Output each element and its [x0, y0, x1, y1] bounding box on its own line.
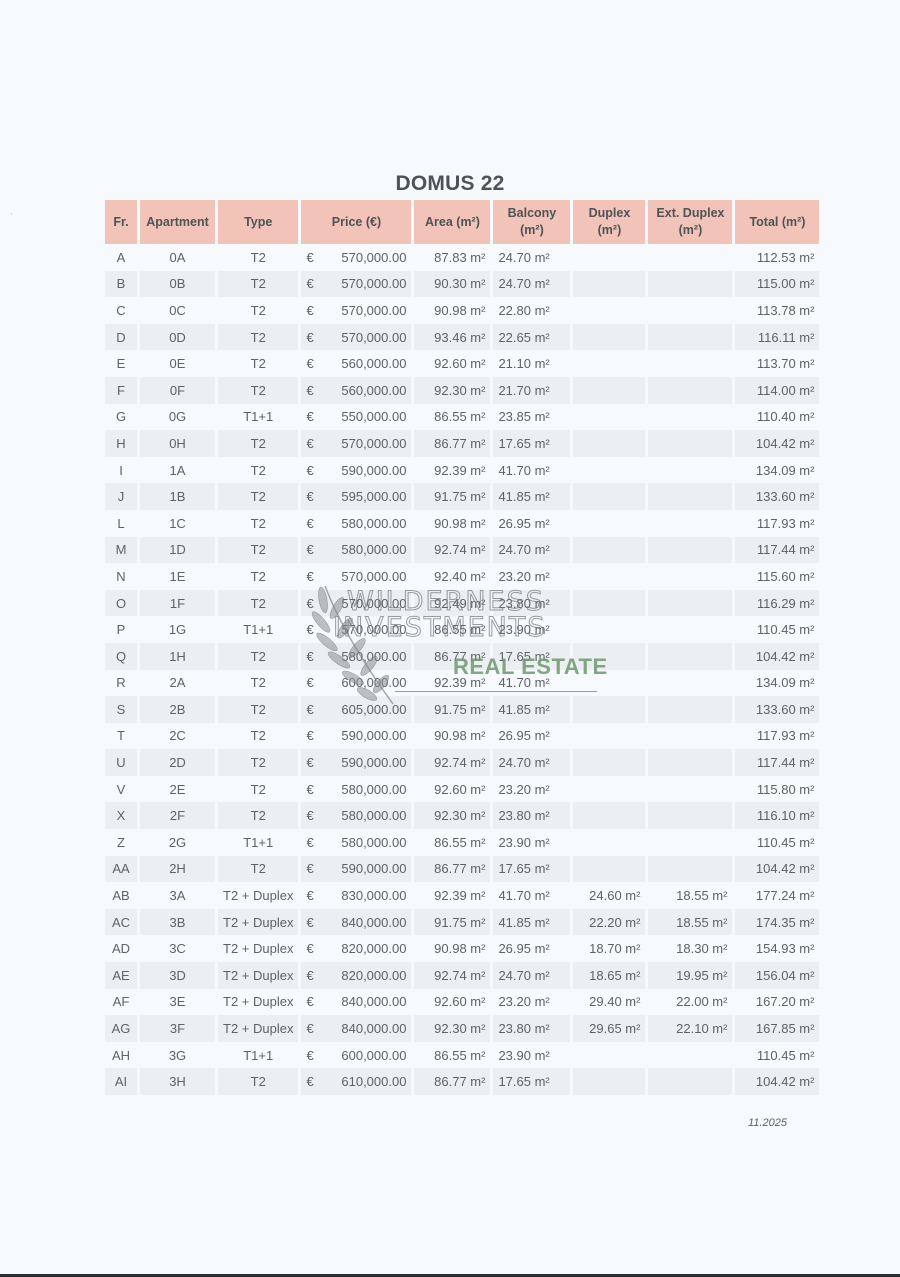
cell-fr: AF: [105, 989, 137, 1016]
cell-apartment: 0A: [140, 244, 215, 271]
cell-type: T2: [218, 297, 298, 324]
cell-ext-duplex: 18.55 m²: [648, 909, 732, 936]
table-row: AC3BT2 + Duplex€840,000.0091.75 m²41.85 …: [105, 909, 819, 936]
cell-total: 117.44 m²: [735, 749, 819, 776]
cell-duplex: 18.65 m²: [573, 962, 645, 989]
cell-price: €570,000.00: [301, 297, 411, 324]
cell-ext-duplex: [648, 829, 732, 856]
cell-price: €580,000.00: [301, 643, 411, 670]
cell-type: T2: [218, 723, 298, 750]
cell-fr: J: [105, 483, 137, 510]
price-wrap: €580,000.00: [306, 542, 406, 557]
price-value: 570,000.00: [341, 250, 406, 265]
euro-symbol: €: [306, 356, 313, 371]
cell-apartment: 0G: [140, 404, 215, 431]
price-value: 840,000.00: [341, 1021, 406, 1036]
cell-type: T2: [218, 802, 298, 829]
cell-price: €820,000.00: [301, 935, 411, 962]
euro-symbol: €: [306, 1074, 313, 1089]
cell-apartment: 3B: [140, 909, 215, 936]
cell-fr: AE: [105, 962, 137, 989]
price-wrap: €820,000.00: [306, 941, 406, 956]
cell-area: 92.60 m²: [414, 350, 490, 377]
price-value: 840,000.00: [341, 994, 406, 1009]
cell-area: 86.55 m²: [414, 404, 490, 431]
cell-duplex: [573, 537, 645, 564]
price-wrap: €830,000.00: [306, 888, 406, 903]
cell-price: €590,000.00: [301, 749, 411, 776]
cell-price: €580,000.00: [301, 776, 411, 803]
cell-type: T2: [218, 271, 298, 298]
cell-apartment: 1B: [140, 483, 215, 510]
cell-price: €610,000.00: [301, 1068, 411, 1095]
cell-area: 87.83 m²: [414, 244, 490, 271]
cell-price: €820,000.00: [301, 962, 411, 989]
cell-area: 92.30 m²: [414, 377, 490, 404]
price-wrap: €560,000.00: [306, 383, 406, 398]
cell-fr: D: [105, 324, 137, 351]
cell-fr: X: [105, 802, 137, 829]
euro-symbol: €: [306, 675, 313, 690]
cell-balcony: 22.65 m²: [493, 324, 570, 351]
euro-symbol: €: [306, 941, 313, 956]
cell-apartment: 2C: [140, 723, 215, 750]
cell-duplex: [573, 616, 645, 643]
price-wrap: €605,000.00: [306, 702, 406, 717]
cell-duplex: [573, 723, 645, 750]
price-wrap: €600,000.00: [306, 675, 406, 690]
cell-duplex: 22.20 m²: [573, 909, 645, 936]
euro-symbol: €: [306, 276, 313, 291]
price-wrap: €550,000.00: [306, 409, 406, 424]
price-value: 580,000.00: [341, 835, 406, 850]
price-value: 595,000.00: [341, 489, 406, 504]
price-wrap: €590,000.00: [306, 463, 406, 478]
cell-duplex: [573, 643, 645, 670]
euro-symbol: €: [306, 250, 313, 265]
table-row: B0BT2€570,000.0090.30 m²24.70 m²115.00 m…: [105, 271, 819, 298]
table-header-row: Fr. Apartment Type Price (€) Area (m²) B…: [105, 200, 819, 244]
cell-total: 117.44 m²: [735, 537, 819, 564]
cell-duplex: [573, 670, 645, 697]
cell-duplex: [573, 1068, 645, 1095]
cell-ext-duplex: [648, 1042, 732, 1069]
cell-ext-duplex: [648, 271, 732, 298]
cell-apartment: 2H: [140, 856, 215, 883]
header-duplex: Duplex (m²): [573, 200, 645, 244]
table-row: F0FT2€560,000.0092.30 m²21.70 m²114.00 m…: [105, 377, 819, 404]
cell-ext-duplex: [648, 723, 732, 750]
cell-price: €590,000.00: [301, 723, 411, 750]
cell-type: T2 + Duplex: [218, 1015, 298, 1042]
header-total: Total (m²): [735, 200, 819, 244]
cell-fr: AA: [105, 856, 137, 883]
cell-type: T2: [218, 324, 298, 351]
cell-price: €570,000.00: [301, 244, 411, 271]
cell-ext-duplex: [648, 297, 732, 324]
cell-ext-duplex: [648, 457, 732, 484]
cell-total: 110.45 m²: [735, 829, 819, 856]
cell-apartment: 1C: [140, 510, 215, 537]
cell-ext-duplex: [648, 856, 732, 883]
cell-duplex: [573, 749, 645, 776]
table-row: O1FT2€570,000.0092.49 m²23.80 m²116.29 m…: [105, 590, 819, 617]
cell-total: 110.40 m²: [735, 404, 819, 431]
cell-price: €605,000.00: [301, 696, 411, 723]
cell-area: 90.98 m²: [414, 510, 490, 537]
table-row: J1BT2€595,000.0091.75 m²41.85 m²133.60 m…: [105, 483, 819, 510]
price-value: 570,000.00: [341, 596, 406, 611]
cell-type: T1+1: [218, 616, 298, 643]
table-row: AD3CT2 + Duplex€820,000.0090.98 m²26.95 …: [105, 935, 819, 962]
cell-apartment: 0C: [140, 297, 215, 324]
cell-duplex: 29.40 m²: [573, 989, 645, 1016]
euro-symbol: €: [306, 782, 313, 797]
cell-duplex: [573, 563, 645, 590]
price-wrap: €840,000.00: [306, 915, 406, 930]
cell-balcony: 41.70 m²: [493, 670, 570, 697]
cell-price: €560,000.00: [301, 350, 411, 377]
euro-symbol: €: [306, 303, 313, 318]
cell-apartment: 2F: [140, 802, 215, 829]
cell-area: 86.77 m²: [414, 643, 490, 670]
cell-duplex: [573, 271, 645, 298]
cell-apartment: 1G: [140, 616, 215, 643]
cell-balcony: 41.70 m²: [493, 882, 570, 909]
cell-fr: A: [105, 244, 137, 271]
cell-duplex: [573, 802, 645, 829]
price-wrap: €580,000.00: [306, 516, 406, 531]
cell-duplex: [573, 457, 645, 484]
cell-balcony: 24.70 m²: [493, 749, 570, 776]
price-value: 580,000.00: [341, 542, 406, 557]
cell-balcony: 41.85 m²: [493, 909, 570, 936]
cell-type: T2 + Duplex: [218, 989, 298, 1016]
cell-apartment: 3H: [140, 1068, 215, 1095]
cell-type: T1+1: [218, 1042, 298, 1069]
cell-fr: O: [105, 590, 137, 617]
cell-balcony: 17.65 m²: [493, 643, 570, 670]
price-wrap: €590,000.00: [306, 861, 406, 876]
price-wrap: €580,000.00: [306, 835, 406, 850]
price-value: 590,000.00: [341, 463, 406, 478]
price-wrap: €580,000.00: [306, 782, 406, 797]
cell-apartment: 0B: [140, 271, 215, 298]
cell-area: 93.46 m²: [414, 324, 490, 351]
cell-balcony: 21.10 m²: [493, 350, 570, 377]
cell-total: 167.20 m²: [735, 989, 819, 1016]
euro-symbol: €: [306, 489, 313, 504]
price-wrap: €570,000.00: [306, 303, 406, 318]
header-balcony-unit: (m²): [520, 223, 544, 237]
cell-ext-duplex: [648, 350, 732, 377]
cell-fr: C: [105, 297, 137, 324]
cell-fr: E: [105, 350, 137, 377]
cell-ext-duplex: [648, 537, 732, 564]
price-value: 580,000.00: [341, 782, 406, 797]
cell-apartment: 0E: [140, 350, 215, 377]
cell-apartment: 1A: [140, 457, 215, 484]
table-row: AA2HT2€590,000.0086.77 m²17.65 m²104.42 …: [105, 856, 819, 883]
cell-area: 90.98 m²: [414, 723, 490, 750]
header-balcony-label: Balcony: [508, 206, 557, 220]
cell-total: 117.93 m²: [735, 723, 819, 750]
cell-apartment: 0D: [140, 324, 215, 351]
cell-total: 115.80 m²: [735, 776, 819, 803]
cell-balcony: 21.70 m²: [493, 377, 570, 404]
table-row: AB3AT2 + Duplex€830,000.0092.39 m²41.70 …: [105, 882, 819, 909]
euro-symbol: €: [306, 1021, 313, 1036]
cell-type: T2: [218, 563, 298, 590]
price-wrap: €595,000.00: [306, 489, 406, 504]
cell-duplex: [573, 510, 645, 537]
cell-type: T2: [218, 430, 298, 457]
cell-balcony: 24.70 m²: [493, 271, 570, 298]
euro-symbol: €: [306, 755, 313, 770]
cell-fr: L: [105, 510, 137, 537]
cell-price: €580,000.00: [301, 510, 411, 537]
cell-apartment: 2A: [140, 670, 215, 697]
cell-total: 113.70 m²: [735, 350, 819, 377]
cell-total: 134.09 m²: [735, 457, 819, 484]
cell-type: T2: [218, 643, 298, 670]
cell-area: 92.74 m²: [414, 962, 490, 989]
price-value: 820,000.00: [341, 941, 406, 956]
cell-total: 117.93 m²: [735, 510, 819, 537]
cell-ext-duplex: 19.95 m²: [648, 962, 732, 989]
price-wrap: €840,000.00: [306, 1021, 406, 1036]
cell-total: 104.42 m²: [735, 1068, 819, 1095]
cell-total: 104.42 m²: [735, 430, 819, 457]
cell-total: 113.78 m²: [735, 297, 819, 324]
table-row: I1AT2€590,000.0092.39 m²41.70 m²134.09 m…: [105, 457, 819, 484]
cell-duplex: [573, 590, 645, 617]
cell-area: 86.55 m²: [414, 1042, 490, 1069]
cell-type: T2: [218, 856, 298, 883]
units-table: Fr. Apartment Type Price (€) Area (m²) B…: [102, 200, 822, 1095]
table-body: A0AT2€570,000.0087.83 m²24.70 m²112.53 m…: [105, 244, 819, 1095]
cell-total: 115.00 m²: [735, 271, 819, 298]
cell-apartment: 0H: [140, 430, 215, 457]
cell-duplex: 29.65 m²: [573, 1015, 645, 1042]
cell-balcony: 23.85 m²: [493, 404, 570, 431]
cell-total: 115.60 m²: [735, 563, 819, 590]
cell-fr: V: [105, 776, 137, 803]
euro-symbol: €: [306, 596, 313, 611]
price-wrap: €820,000.00: [306, 968, 406, 983]
cell-type: T2: [218, 377, 298, 404]
table-row: V2ET2€580,000.0092.60 m²23.20 m²115.80 m…: [105, 776, 819, 803]
price-wrap: €840,000.00: [306, 994, 406, 1009]
cell-type: T2: [218, 749, 298, 776]
cell-duplex: [573, 404, 645, 431]
price-value: 570,000.00: [341, 569, 406, 584]
cell-apartment: 2D: [140, 749, 215, 776]
cell-ext-duplex: [648, 802, 732, 829]
cell-total: 116.29 m²: [735, 590, 819, 617]
cell-apartment: 2E: [140, 776, 215, 803]
cell-type: T2: [218, 776, 298, 803]
euro-symbol: €: [306, 888, 313, 903]
cell-price: €570,000.00: [301, 271, 411, 298]
table-row: AF3ET2 + Duplex€840,000.0092.60 m²23.20 …: [105, 989, 819, 1016]
cell-duplex: [573, 856, 645, 883]
cell-ext-duplex: [648, 244, 732, 271]
cell-fr: AD: [105, 935, 137, 962]
cell-fr: Q: [105, 643, 137, 670]
price-wrap: €560,000.00: [306, 356, 406, 371]
price-wrap: €570,000.00: [306, 276, 406, 291]
cell-balcony: 24.70 m²: [493, 537, 570, 564]
cell-price: €840,000.00: [301, 1015, 411, 1042]
cell-balcony: 23.20 m²: [493, 989, 570, 1016]
euro-symbol: €: [306, 516, 313, 531]
cell-balcony: 23.80 m²: [493, 802, 570, 829]
cell-total: 156.04 m²: [735, 962, 819, 989]
header-apartment: Apartment: [140, 200, 215, 244]
cell-ext-duplex: [648, 324, 732, 351]
price-value: 830,000.00: [341, 888, 406, 903]
cell-fr: M: [105, 537, 137, 564]
cell-balcony: 23.20 m²: [493, 776, 570, 803]
price-wrap: €570,000.00: [306, 596, 406, 611]
cell-fr: G: [105, 404, 137, 431]
cell-total: 110.45 m²: [735, 616, 819, 643]
euro-symbol: €: [306, 569, 313, 584]
cell-type: T2: [218, 244, 298, 271]
cell-price: €580,000.00: [301, 537, 411, 564]
cell-area: 92.30 m²: [414, 802, 490, 829]
cell-price: €590,000.00: [301, 457, 411, 484]
cell-ext-duplex: [648, 590, 732, 617]
cell-balcony: 26.95 m²: [493, 935, 570, 962]
cell-balcony: 23.80 m²: [493, 1015, 570, 1042]
cell-balcony: 17.65 m²: [493, 856, 570, 883]
cell-price: €570,000.00: [301, 430, 411, 457]
cell-balcony: 24.70 m²: [493, 962, 570, 989]
price-value: 580,000.00: [341, 808, 406, 823]
euro-symbol: €: [306, 968, 313, 983]
cell-duplex: [573, 377, 645, 404]
euro-symbol: €: [306, 463, 313, 478]
header-area: Area (m²): [414, 200, 490, 244]
price-wrap: €590,000.00: [306, 755, 406, 770]
table-row: S2BT2€605,000.0091.75 m²41.85 m²133.60 m…: [105, 696, 819, 723]
table-row: L1CT2€580,000.0090.98 m²26.95 m²117.93 m…: [105, 510, 819, 537]
table-row: AE3DT2 + Duplex€820,000.0092.74 m²24.70 …: [105, 962, 819, 989]
header-type: Type: [218, 200, 298, 244]
cell-area: 92.60 m²: [414, 989, 490, 1016]
cell-price: €550,000.00: [301, 404, 411, 431]
price-value: 610,000.00: [341, 1074, 406, 1089]
cell-area: 90.98 m²: [414, 935, 490, 962]
cell-price: €590,000.00: [301, 856, 411, 883]
cell-balcony: 26.95 m²: [493, 723, 570, 750]
cell-area: 92.30 m²: [414, 1015, 490, 1042]
cell-area: 92.60 m²: [414, 776, 490, 803]
cell-ext-duplex: [648, 670, 732, 697]
cell-type: T2: [218, 457, 298, 484]
cell-type: T2 + Duplex: [218, 935, 298, 962]
cell-duplex: [573, 350, 645, 377]
cell-fr: Z: [105, 829, 137, 856]
cell-fr: AH: [105, 1042, 137, 1069]
euro-symbol: €: [306, 702, 313, 717]
cell-area: 92.49 m²: [414, 590, 490, 617]
cell-ext-duplex: [648, 510, 732, 537]
cell-area: 86.77 m²: [414, 856, 490, 883]
cell-area: 92.40 m²: [414, 563, 490, 590]
euro-symbol: €: [306, 409, 313, 424]
euro-symbol: €: [306, 649, 313, 664]
cell-ext-duplex: 18.55 m²: [648, 882, 732, 909]
cell-type: T2 + Duplex: [218, 962, 298, 989]
cell-price: €600,000.00: [301, 1042, 411, 1069]
price-value: 570,000.00: [341, 436, 406, 451]
cell-area: 92.39 m²: [414, 457, 490, 484]
cell-apartment: 1D: [140, 537, 215, 564]
cell-fr: AC: [105, 909, 137, 936]
table-row: Z2GT1+1€580,000.0086.55 m²23.90 m²110.45…: [105, 829, 819, 856]
cell-ext-duplex: 22.00 m²: [648, 989, 732, 1016]
price-wrap: €580,000.00: [306, 649, 406, 664]
cell-type: T2: [218, 590, 298, 617]
cell-area: 92.74 m²: [414, 537, 490, 564]
euro-symbol: €: [306, 808, 313, 823]
euro-symbol: €: [306, 436, 313, 451]
cell-price: €830,000.00: [301, 882, 411, 909]
cell-apartment: 3F: [140, 1015, 215, 1042]
cell-ext-duplex: [648, 430, 732, 457]
cell-fr: B: [105, 271, 137, 298]
cell-ext-duplex: [648, 776, 732, 803]
cell-apartment: 3C: [140, 935, 215, 962]
cell-total: 112.53 m²: [735, 244, 819, 271]
price-value: 590,000.00: [341, 755, 406, 770]
scan-artifact: ˋ: [10, 212, 20, 226]
cell-balcony: 17.65 m²: [493, 430, 570, 457]
cell-type: T2 + Duplex: [218, 909, 298, 936]
cell-type: T2: [218, 696, 298, 723]
header-duplex-label: Duplex: [589, 206, 631, 220]
cell-area: 90.30 m²: [414, 271, 490, 298]
price-value: 560,000.00: [341, 383, 406, 398]
price-value: 570,000.00: [341, 303, 406, 318]
cell-area: 91.75 m²: [414, 696, 490, 723]
cell-type: T2: [218, 483, 298, 510]
cell-apartment: 1E: [140, 563, 215, 590]
price-value: 570,000.00: [341, 330, 406, 345]
cell-fr: AB: [105, 882, 137, 909]
price-wrap: €600,000.00: [306, 1048, 406, 1063]
price-value: 550,000.00: [341, 409, 406, 424]
cell-total: 114.00 m²: [735, 377, 819, 404]
cell-balcony: 17.65 m²: [493, 1068, 570, 1095]
cell-price: €600,000.00: [301, 670, 411, 697]
price-value: 570,000.00: [341, 622, 406, 637]
cell-balcony: 23.90 m²: [493, 1042, 570, 1069]
cell-fr: H: [105, 430, 137, 457]
cell-fr: I: [105, 457, 137, 484]
cell-fr: AG: [105, 1015, 137, 1042]
cell-balcony: 24.70 m²: [493, 244, 570, 271]
cell-fr: N: [105, 563, 137, 590]
cell-area: 86.55 m²: [414, 616, 490, 643]
price-value: 590,000.00: [341, 728, 406, 743]
cell-price: €560,000.00: [301, 377, 411, 404]
cell-type: T2: [218, 1068, 298, 1095]
cell-apartment: 2B: [140, 696, 215, 723]
